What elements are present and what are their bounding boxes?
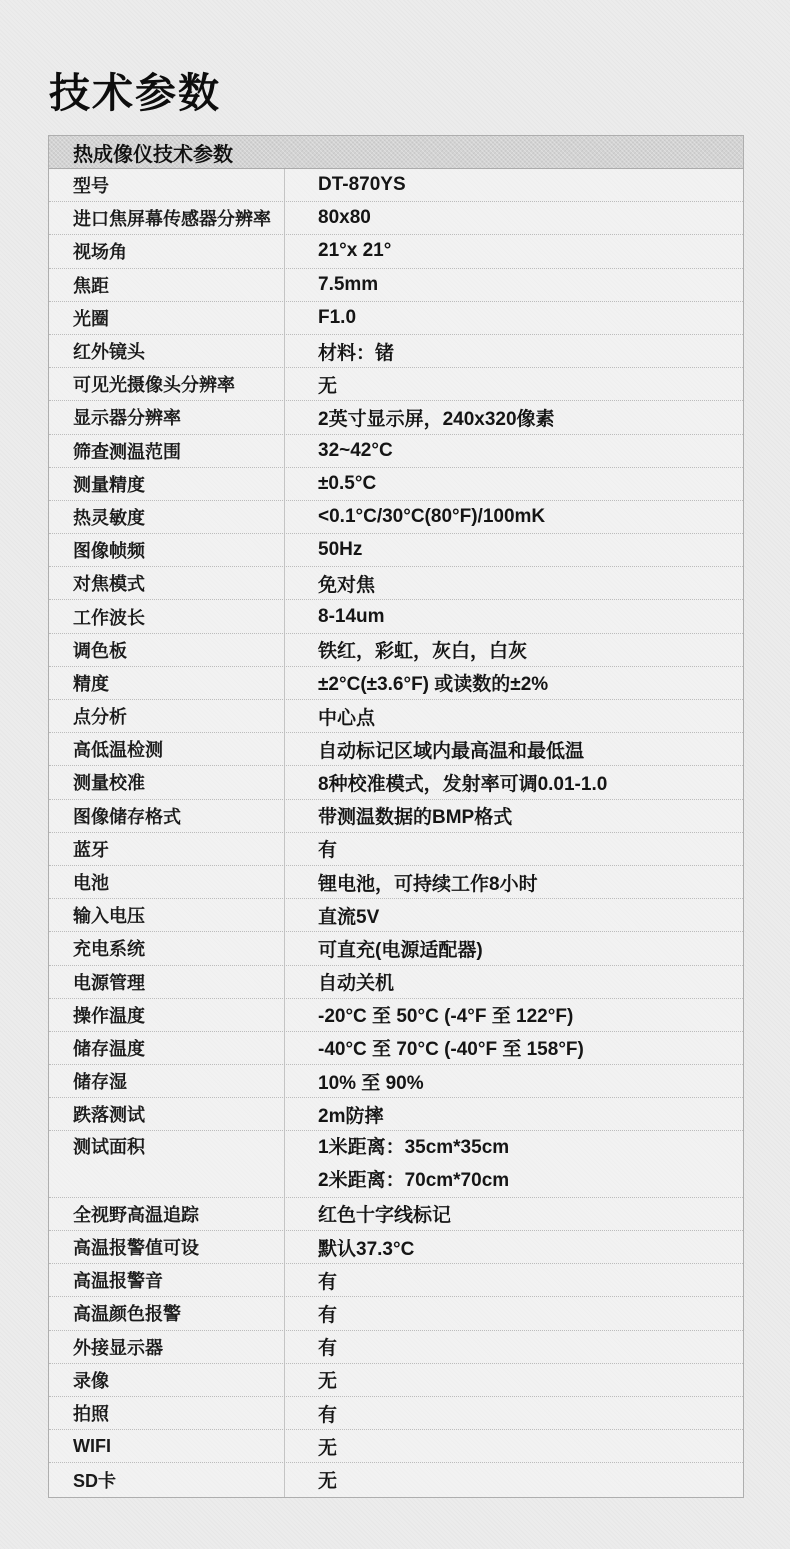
row-value: 无 bbox=[285, 1364, 743, 1396]
row-label: 可见光摄像头分辨率 bbox=[49, 368, 285, 400]
table-row: 高温颜色报警 有 bbox=[49, 1297, 743, 1330]
row-value: 1米距离：35cm*35cm2米距离：70cm*70cm bbox=[285, 1131, 743, 1196]
row-value: 默认37.3°C bbox=[285, 1231, 743, 1263]
table-row: 红外镜头 材料：锗 bbox=[49, 335, 743, 368]
table-row: 对焦模式 免对焦 bbox=[49, 567, 743, 600]
row-label: 高温报警音 bbox=[49, 1264, 285, 1296]
table-row: 储存温度 -40°C 至 70°C (-40°F 至 158°F) bbox=[49, 1032, 743, 1065]
page: { "page": { "title": "技术参数" }, "colors":… bbox=[0, 0, 790, 1549]
row-value: 2英寸显示屏，240x320像素 bbox=[285, 401, 743, 433]
row-value: 10% 至 90% bbox=[285, 1065, 743, 1097]
table-row: 筛查测温范围 32~42°C bbox=[49, 435, 743, 468]
table-row: 高低温检测 自动标记区域内最高温和最低温 bbox=[49, 733, 743, 766]
table-row: 外接显示器 有 bbox=[49, 1331, 743, 1364]
row-label: 进口焦屏幕传感器分辨率 bbox=[49, 202, 285, 234]
table-row: 拍照 有 bbox=[49, 1397, 743, 1430]
table-row: 充电系统 可直充(电源适配器) bbox=[49, 932, 743, 965]
row-label: 录像 bbox=[49, 1364, 285, 1396]
row-label: 电源管理 bbox=[49, 966, 285, 998]
row-label: 热灵敏度 bbox=[49, 501, 285, 533]
row-label: 测试面积 bbox=[49, 1131, 285, 1196]
row-value: 7.5mm bbox=[285, 269, 743, 301]
table-row: 输入电压 直流5V bbox=[49, 899, 743, 932]
row-value: 8种校准模式，发射率可调0.01-1.0 bbox=[285, 766, 743, 798]
row-label: 图像帧频 bbox=[49, 534, 285, 566]
table-row: 操作温度 -20°C 至 50°C (-4°F 至 122°F) bbox=[49, 999, 743, 1032]
table-row: 跌落测试 2m防摔 bbox=[49, 1098, 743, 1131]
row-value: 有 bbox=[285, 1264, 743, 1296]
row-label: 测量精度 bbox=[49, 468, 285, 500]
row-value: DT-870YS bbox=[285, 169, 743, 201]
row-value: 无 bbox=[285, 1430, 743, 1462]
table-row: 进口焦屏幕传感器分辨率 80x80 bbox=[49, 202, 743, 235]
row-value: 无 bbox=[285, 1463, 743, 1496]
row-label: 跌落测试 bbox=[49, 1098, 285, 1130]
row-value: -40°C 至 70°C (-40°F 至 158°F) bbox=[285, 1032, 743, 1064]
row-label: 对焦模式 bbox=[49, 567, 285, 599]
table-row: 可见光摄像头分辨率 无 bbox=[49, 368, 743, 401]
table-row: 测量精度 ±0.5°C bbox=[49, 468, 743, 501]
table-header: 热成像仪技术参数 bbox=[49, 136, 743, 169]
table-row: SD卡 无 bbox=[49, 1463, 743, 1496]
table-row: 工作波长 8-14um bbox=[49, 600, 743, 633]
row-label: 精度 bbox=[49, 667, 285, 699]
row-label: WIFI bbox=[49, 1430, 285, 1462]
row-label: 光圈 bbox=[49, 302, 285, 334]
row-value: 中心点 bbox=[285, 700, 743, 732]
row-label: 视场角 bbox=[49, 235, 285, 267]
table-row: 测试面积 1米距离：35cm*35cm2米距离：70cm*70cm bbox=[49, 1131, 743, 1197]
table-row: 热灵敏度 <0.1°C/30°C(80°F)/100mK bbox=[49, 501, 743, 534]
table-row: 电源管理 自动关机 bbox=[49, 966, 743, 999]
row-value-line: 2米距离：70cm*70cm bbox=[318, 1164, 509, 1197]
row-label: 操作温度 bbox=[49, 999, 285, 1031]
row-label: 调色板 bbox=[49, 634, 285, 666]
table-row: WIFI 无 bbox=[49, 1430, 743, 1463]
table-row: 高温报警音 有 bbox=[49, 1264, 743, 1297]
row-value: 有 bbox=[285, 1297, 743, 1329]
row-value-line: 1米距离：35cm*35cm bbox=[318, 1131, 509, 1164]
row-label: 点分析 bbox=[49, 700, 285, 732]
row-label: 电池 bbox=[49, 866, 285, 898]
row-label: 蓝牙 bbox=[49, 833, 285, 865]
row-value: 带测温数据的BMP格式 bbox=[285, 800, 743, 832]
table-row: 视场角 21°x 21° bbox=[49, 235, 743, 268]
row-label: 图像储存格式 bbox=[49, 800, 285, 832]
row-value: 有 bbox=[285, 1331, 743, 1363]
row-value: 有 bbox=[285, 1397, 743, 1429]
row-label: 充电系统 bbox=[49, 932, 285, 964]
row-label: 储存温度 bbox=[49, 1032, 285, 1064]
row-label: 型号 bbox=[49, 169, 285, 201]
row-value: 可直充(电源适配器) bbox=[285, 932, 743, 964]
row-value: 80x80 bbox=[285, 202, 743, 234]
table-row: 高温报警值可设 默认37.3°C bbox=[49, 1231, 743, 1264]
table-row: 精度 ±2°C(±3.6°F) 或读数的±2% bbox=[49, 667, 743, 700]
row-label: 显示器分辨率 bbox=[49, 401, 285, 433]
row-value: 自动标记区域内最高温和最低温 bbox=[285, 733, 743, 765]
row-label: 高温颜色报警 bbox=[49, 1297, 285, 1329]
row-value: 50Hz bbox=[285, 534, 743, 566]
table-row: 蓝牙 有 bbox=[49, 833, 743, 866]
row-value: 2m防摔 bbox=[285, 1098, 743, 1130]
table-row: 图像帧频 50Hz bbox=[49, 534, 743, 567]
table-row: 焦距 7.5mm bbox=[49, 269, 743, 302]
row-value: 红色十字线标记 bbox=[285, 1198, 743, 1230]
row-value: 8-14um bbox=[285, 600, 743, 632]
table-row: 图像储存格式 带测温数据的BMP格式 bbox=[49, 800, 743, 833]
row-value: 铁红，彩虹，灰白，白灰 bbox=[285, 634, 743, 666]
row-label: 红外镜头 bbox=[49, 335, 285, 367]
spec-table: 热成像仪技术参数 型号 DT-870YS 进口焦屏幕传感器分辨率 80x80 视… bbox=[48, 135, 744, 1498]
table-row: 电池 锂电池，可持续工作8小时 bbox=[49, 866, 743, 899]
row-value: 自动关机 bbox=[285, 966, 743, 998]
row-label: 输入电压 bbox=[49, 899, 285, 931]
row-value: 32~42°C bbox=[285, 435, 743, 467]
row-label: 高低温检测 bbox=[49, 733, 285, 765]
row-value: 无 bbox=[285, 368, 743, 400]
table-row: 录像 无 bbox=[49, 1364, 743, 1397]
table-row: 储存湿 10% 至 90% bbox=[49, 1065, 743, 1098]
row-label: 焦距 bbox=[49, 269, 285, 301]
page-title: 技术参数 bbox=[49, 60, 221, 119]
table-body: 型号 DT-870YS 进口焦屏幕传感器分辨率 80x80 视场角 21°x 2… bbox=[49, 169, 743, 1497]
row-label: 储存湿 bbox=[49, 1065, 285, 1097]
row-value: 材料：锗 bbox=[285, 335, 743, 367]
row-label: 拍照 bbox=[49, 1397, 285, 1429]
row-value: 锂电池，可持续工作8小时 bbox=[285, 866, 743, 898]
table-row: 调色板 铁红，彩虹，灰白，白灰 bbox=[49, 634, 743, 667]
row-value: ±2°C(±3.6°F) 或读数的±2% bbox=[285, 667, 743, 699]
row-value: ±0.5°C bbox=[285, 468, 743, 500]
table-row: 全视野高温追踪 红色十字线标记 bbox=[49, 1198, 743, 1231]
row-label: 筛查测温范围 bbox=[49, 435, 285, 467]
table-row: 点分析 中心点 bbox=[49, 700, 743, 733]
table-row: 测量校准 8种校准模式，发射率可调0.01-1.0 bbox=[49, 766, 743, 799]
row-label: 测量校准 bbox=[49, 766, 285, 798]
row-value: 直流5V bbox=[285, 899, 743, 931]
row-value: 21°x 21° bbox=[285, 235, 743, 267]
row-value: 免对焦 bbox=[285, 567, 743, 599]
row-label: SD卡 bbox=[49, 1463, 285, 1496]
row-label: 工作波长 bbox=[49, 600, 285, 632]
table-row: 型号 DT-870YS bbox=[49, 169, 743, 202]
row-value: <0.1°C/30°C(80°F)/100mK bbox=[285, 501, 743, 533]
row-label: 外接显示器 bbox=[49, 1331, 285, 1363]
row-label: 全视野高温追踪 bbox=[49, 1198, 285, 1230]
row-value: 有 bbox=[285, 833, 743, 865]
table-row: 光圈 F1.0 bbox=[49, 302, 743, 335]
row-value: F1.0 bbox=[285, 302, 743, 334]
table-row: 显示器分辨率 2英寸显示屏，240x320像素 bbox=[49, 401, 743, 434]
row-label: 高温报警值可设 bbox=[49, 1231, 285, 1263]
row-value: -20°C 至 50°C (-4°F 至 122°F) bbox=[285, 999, 743, 1031]
